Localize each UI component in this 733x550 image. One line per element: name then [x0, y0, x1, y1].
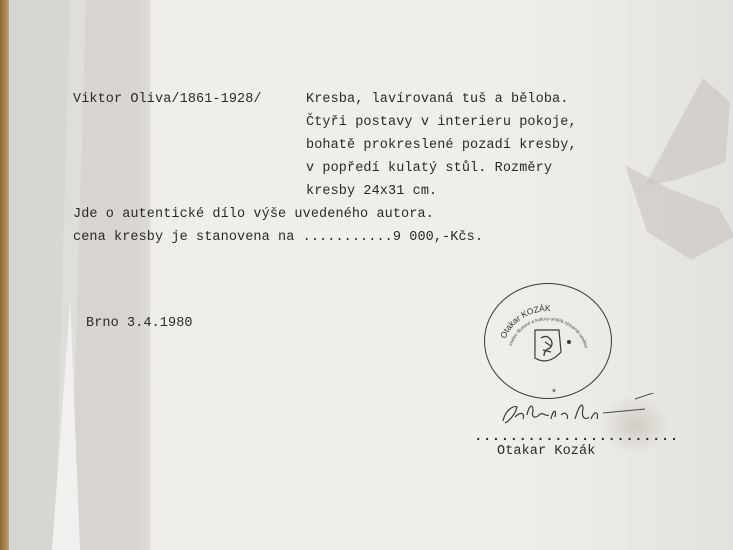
price-line: cena kresby je stanovena na ...........9… — [73, 230, 483, 246]
round-stamp: Otakar KOZÁK znalec školství a kultury-u… — [484, 283, 612, 399]
place-date: Brno 3.4.1980 — [86, 316, 193, 332]
signatory-name: Otakar Kozák — [497, 444, 595, 460]
description-line: kresby 24x31 cm. — [306, 184, 437, 200]
lion-emblem-icon — [535, 330, 561, 361]
svg-text:znalec školství a kultury-uměl: znalec školství a kultury-umělá výtvarně… — [485, 284, 589, 349]
description-line: Kresba, lavírovaná tuš a běloba. — [306, 92, 568, 108]
signature-dots: ....................... — [474, 429, 679, 445]
handwritten-signature — [495, 393, 675, 433]
author-line: Viktor Oliva/1861-1928/ — [73, 92, 262, 108]
description-line: Čtyři postavy v interieru pokoje, — [306, 115, 577, 131]
authenticity-line: Jde o autentické dílo výše uvedeného aut… — [73, 207, 434, 223]
description-line: v popředí kulatý stůl. Rozměry — [306, 161, 552, 177]
description-line: bohatě prokreslené pozadí kresby, — [306, 138, 577, 154]
stamp-inner-text: znalec školství a kultury-umělá výtvarně… — [485, 284, 589, 349]
wooden-edge — [0, 0, 9, 550]
